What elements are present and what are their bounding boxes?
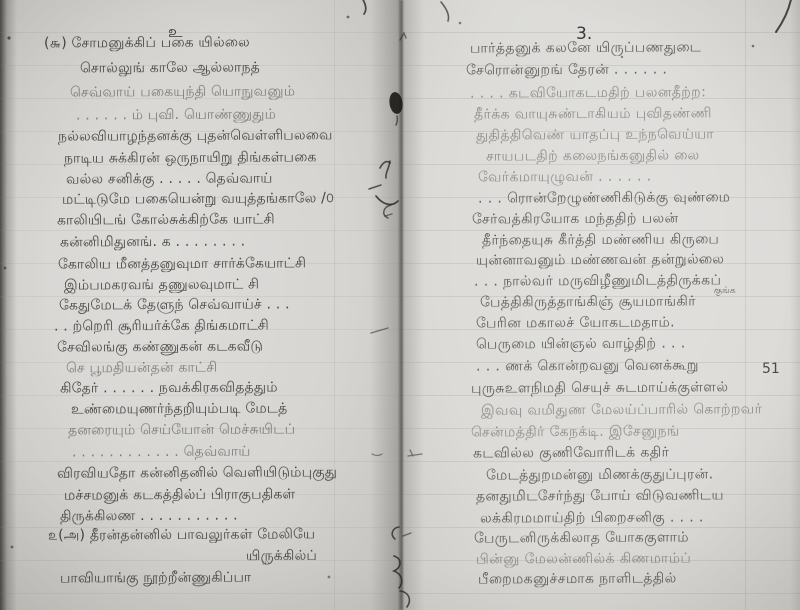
manuscript-line: பின்னு மேலன்ணில்க் கிணமாம்ப் xyxy=(476,551,691,568)
manuscript-line: நல்லவியாழந்தனக்கு புதன்வெள்ளிபலவை xyxy=(58,128,333,145)
manuscript-line: கன்னிமிதுனங். க . . . . . . . . xyxy=(60,235,245,251)
manuscript-line: ௨(அ) தீரன்தன்னில் பாவலுர்கள் மேலியே xyxy=(48,527,315,544)
manuscript-line: (௬) சோமனுக்கிப் பகை யில்லை xyxy=(44,35,250,51)
manuscript-line: . . . . கடவியோகடமதிற் பலனதீற்ற: xyxy=(470,85,706,102)
manuscript-scan: உ 3. (௬) சோமனுக்கிப் பகை யில்லை சொல்லுங்… xyxy=(0,0,800,610)
manuscript-line: பேத்திகிருத்தாங்கிஞ் சூயமாங்கிர் xyxy=(480,294,696,311)
manuscript-line: புருசுஉளநிமதி செயுச் சுடமாய்க்குள்ளல் xyxy=(471,380,728,397)
manuscript-line: சென்மத்திர் கேநக்டி. இசேனுநங் xyxy=(471,424,680,440)
manuscript-line: தனதுமிடசேர்ந்து போய் விடுவணிடய xyxy=(476,488,724,505)
manuscript-line: பீறைமகனுச்சமாக நாளிடத்தில் xyxy=(478,571,677,587)
manuscript-line: காலியிடங் கோல்சுக்கிற்கே யாட்சி xyxy=(57,212,275,229)
manuscript-line: யிருக்கில்ப் xyxy=(246,549,317,565)
manuscript-line: தனரையும் செய்யோன் மெச்சுயிடப் xyxy=(68,422,295,439)
manuscript-line: . . . நால்வர் மருவிழீணுமிடத்திருக்கப் xyxy=(474,273,721,290)
manuscript-line: . . . . . . ம் புவி. யொண்ணுதும் xyxy=(76,107,276,123)
manuscript-line: பேரின மகாலச் யோகடமதாம். xyxy=(476,315,675,331)
left-page-crease xyxy=(334,0,335,610)
manuscript-line: வேர்க்மாயுழுவன் . . . . . . xyxy=(478,170,652,186)
manuscript-line: திருக்கிலண . . . . . . . . . . . xyxy=(60,509,238,525)
margin-number: 51 xyxy=(762,361,780,377)
binding-fold xyxy=(398,0,404,610)
interline-insertion: குங்க xyxy=(714,286,736,297)
manuscript-line: சொல்லுங் காலே ஆல்லாநத் xyxy=(80,61,260,77)
manuscript-line: கிதேர் . . . . . . நவக்கிரகவிதத்தும் xyxy=(60,380,278,397)
manuscript-line: மட்டிடுமே பகையென்று வயுத்தங்காலே /௦ xyxy=(62,191,334,208)
manuscript-line: வல்ல சனிக்கு . . . . . தெவ்வாய் xyxy=(66,171,273,187)
manuscript-line: . . . . . . . . . . . . தெவ்வாய் xyxy=(72,445,251,461)
manuscript-line: துதித்திவெண் யாதப்பு உந்நவெய்யா xyxy=(476,127,714,144)
manuscript-line: சேர்வத்கிரயோக மந்ததிற் பலன் xyxy=(472,211,679,227)
manuscript-line: நாடிய சுக்கிரன் ஒருநாயிறு திங்கள்பகை xyxy=(64,150,317,167)
manuscript-line: தீர்ந்தையுசு கீர்த்தி மண்ணிய கிருபை xyxy=(482,232,719,249)
manuscript-line: செவ்வாய் பகையுந்தி யொநுவனும் xyxy=(70,84,295,101)
manuscript-line: யுன்னாவனும் மண்ணவன் தன்றுல்லை xyxy=(476,252,724,269)
manuscript-line: தீர்க்க வாயுசுண்டாகியம் புவிதண்ணி xyxy=(474,106,712,123)
manuscript-line: இவவு வமிதுண மேலய்ப்பாரில் கொற்றவர் xyxy=(481,402,762,419)
manuscript-line: சேரொன்னுறங் தேரன் . . . . . . xyxy=(466,62,667,78)
manuscript-line: இம்பமகரவங் தணுலவுமாட் சி xyxy=(64,277,259,293)
manuscript-line: சாயபடதிற் கலைநங்கனுதில் லை xyxy=(486,148,700,165)
manuscript-line: உண்மையுணர்ந்தறியும்படி மேடத் xyxy=(71,401,288,418)
manuscript-line: விரவியதோ கன்னிதனில் வெளியிடும்புகுது xyxy=(57,465,337,482)
interline-insertion: ம xyxy=(262,558,269,569)
right-page-crease xyxy=(745,0,746,610)
manuscript-line: . . . ணக் கொன்றவனு வெனக்கூறு xyxy=(476,358,699,375)
manuscript-line: . . . ரொன்றேழுண்ணிகிடுக்கு வுண்மை xyxy=(478,190,730,207)
manuscript-line: பாவியாங்கு நூற்றீன்ணுகிப்பா xyxy=(60,570,251,586)
manuscript-line: கோலிய மீனத்தனுவுமா சார்க்கேயாட்சி xyxy=(58,256,306,273)
manuscript-line: மேடத்துறமன்னு மிணக்குதுப்புரன். xyxy=(486,467,713,484)
manuscript-line: செ பூமதியன்தன் காட்சி xyxy=(66,361,217,377)
manuscript-line: லக்கிரமமாய்திற் பிறைசனிகு . . . . xyxy=(480,510,704,527)
manuscript-line: பார்த்தனுக் கலனே யிருப்பணதுடை xyxy=(470,40,701,57)
manuscript-line: சேவிலங்கு கண்ணுகன் கடகவீடு xyxy=(57,339,263,355)
manuscript-line: கடவில்ல குணிவோரிடக் கதிர் xyxy=(473,445,669,461)
manuscript-line: மச்சமனுக் கடகத்தில்ப் பிராகுபதிகள் xyxy=(64,487,295,504)
manuscript-line: பேருடனிருக்கிலாத யோககுளாம் xyxy=(474,530,689,547)
manuscript-line: பெருமை யின்ஞல் வாழ்திற் . . . xyxy=(476,336,686,352)
manuscript-line: கேதுமேடக் தேளுந் செவ்வாய்ச் . . . xyxy=(59,297,290,314)
manuscript-line: . . ற்றெரி சூரியர்க்கே திங்கமாட்சி xyxy=(54,318,269,335)
